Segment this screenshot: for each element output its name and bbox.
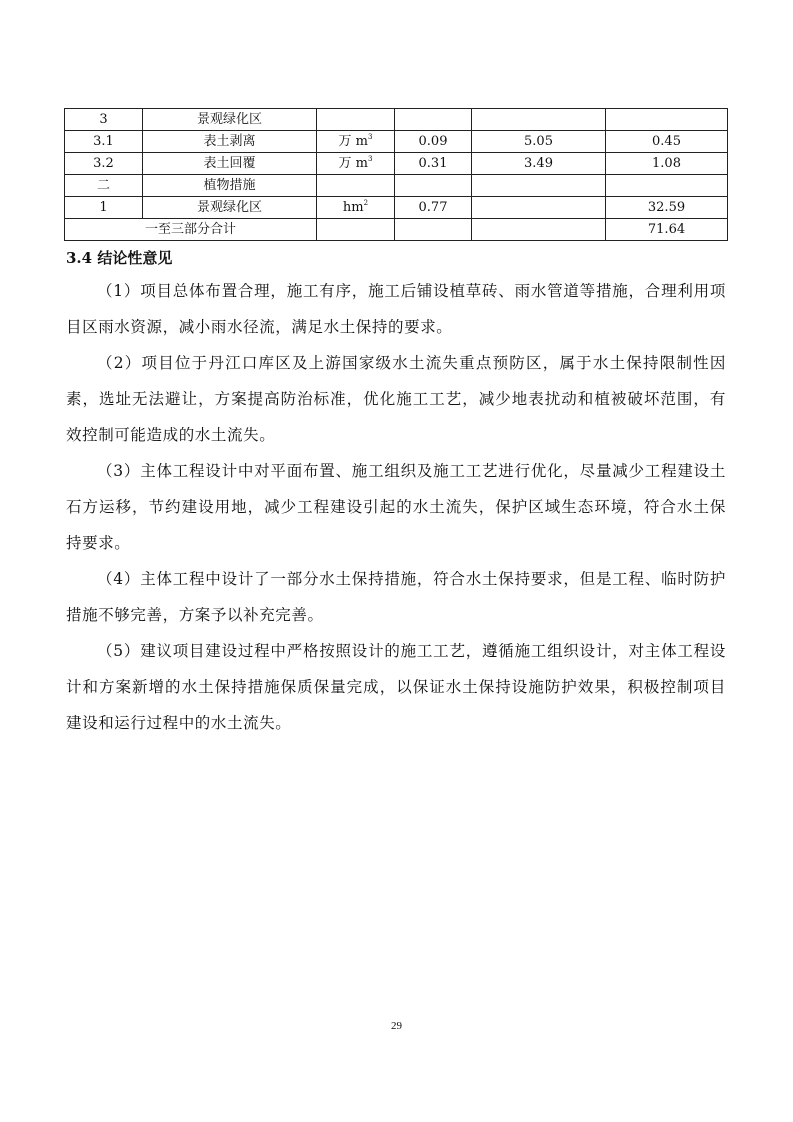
section-heading: 3.4 结论性意见 — [66, 247, 172, 268]
total-label: 一至三部分合计 — [65, 219, 317, 241]
cell-unit: 万 m3 — [317, 153, 395, 175]
cost-table: 3 景观绿化区 3.1 表土剥离 万 m3 0.09 5.05 0.45 3.2… — [64, 108, 728, 241]
cell-price — [472, 109, 606, 131]
cell-amount — [606, 175, 728, 197]
paragraph-4: （4）主体工程中设计了一部分水土保持措施，符合水土保持要求，但是工程、临时防护措… — [66, 561, 726, 633]
cell-qty — [395, 219, 472, 241]
cell-no: 二 — [65, 175, 143, 197]
cell-unit — [317, 175, 395, 197]
cell-unit — [317, 219, 395, 241]
paragraph-2: （2）项目位于丹江口库区及上游国家级水土流失重点预防区，属于水土保持限制性因素，… — [66, 345, 726, 453]
cell-name: 表土剥离 — [143, 131, 317, 153]
table-row: 3.1 表土剥离 万 m3 0.09 5.05 0.45 — [65, 131, 728, 153]
cell-name: 植物措施 — [143, 175, 317, 197]
cell-price: 3.49 — [472, 153, 606, 175]
cell-qty: 0.77 — [395, 197, 472, 219]
cell-name: 景观绿化区 — [143, 197, 317, 219]
cell-no: 3.1 — [65, 131, 143, 153]
table-row: 二 植物措施 — [65, 175, 728, 197]
cell-unit: hm2 — [317, 197, 395, 219]
cell-amount: 0.45 — [606, 131, 728, 153]
paragraph-3: （3）主体工程设计中对平面布置、施工组织及施工工艺进行优化，尽量减少工程建设土石… — [66, 453, 726, 561]
cell-amount: 71.64 — [606, 219, 728, 241]
cell-price — [472, 175, 606, 197]
cell-qty — [395, 109, 472, 131]
cell-amount: 32.59 — [606, 197, 728, 219]
paragraph-5: （5）建议项目建设过程中严格按照设计的施工工艺，遵循施工组织设计，对主体工程设计… — [66, 633, 726, 741]
cell-amount: 1.08 — [606, 153, 728, 175]
cell-unit: 万 m3 — [317, 131, 395, 153]
cell-no: 3 — [65, 109, 143, 131]
table-row: 3.2 表土回覆 万 m3 0.31 3.49 1.08 — [65, 153, 728, 175]
table-row: 3 景观绿化区 — [65, 109, 728, 131]
cell-amount — [606, 109, 728, 131]
table-total-row: 一至三部分合计 71.64 — [65, 219, 728, 241]
cell-price — [472, 197, 606, 219]
cell-name: 表土回覆 — [143, 153, 317, 175]
paragraph-1: （1）项目总体布置合理，施工有序，施工后铺设植草砖、雨水管道等措施，合理利用项目… — [66, 273, 726, 345]
cell-price: 5.05 — [472, 131, 606, 153]
cell-no: 3.2 — [65, 153, 143, 175]
table-row: 1 景观绿化区 hm2 0.77 32.59 — [65, 197, 728, 219]
document-page: 3 景观绿化区 3.1 表土剥离 万 m3 0.09 5.05 0.45 3.2… — [0, 0, 793, 1122]
cell-price — [472, 219, 606, 241]
cell-qty — [395, 175, 472, 197]
cell-unit — [317, 109, 395, 131]
cell-name: 景观绿化区 — [143, 109, 317, 131]
cell-no: 1 — [65, 197, 143, 219]
cell-qty: 0.09 — [395, 131, 472, 153]
cell-qty: 0.31 — [395, 153, 472, 175]
page-number: 29 — [0, 1020, 793, 1032]
